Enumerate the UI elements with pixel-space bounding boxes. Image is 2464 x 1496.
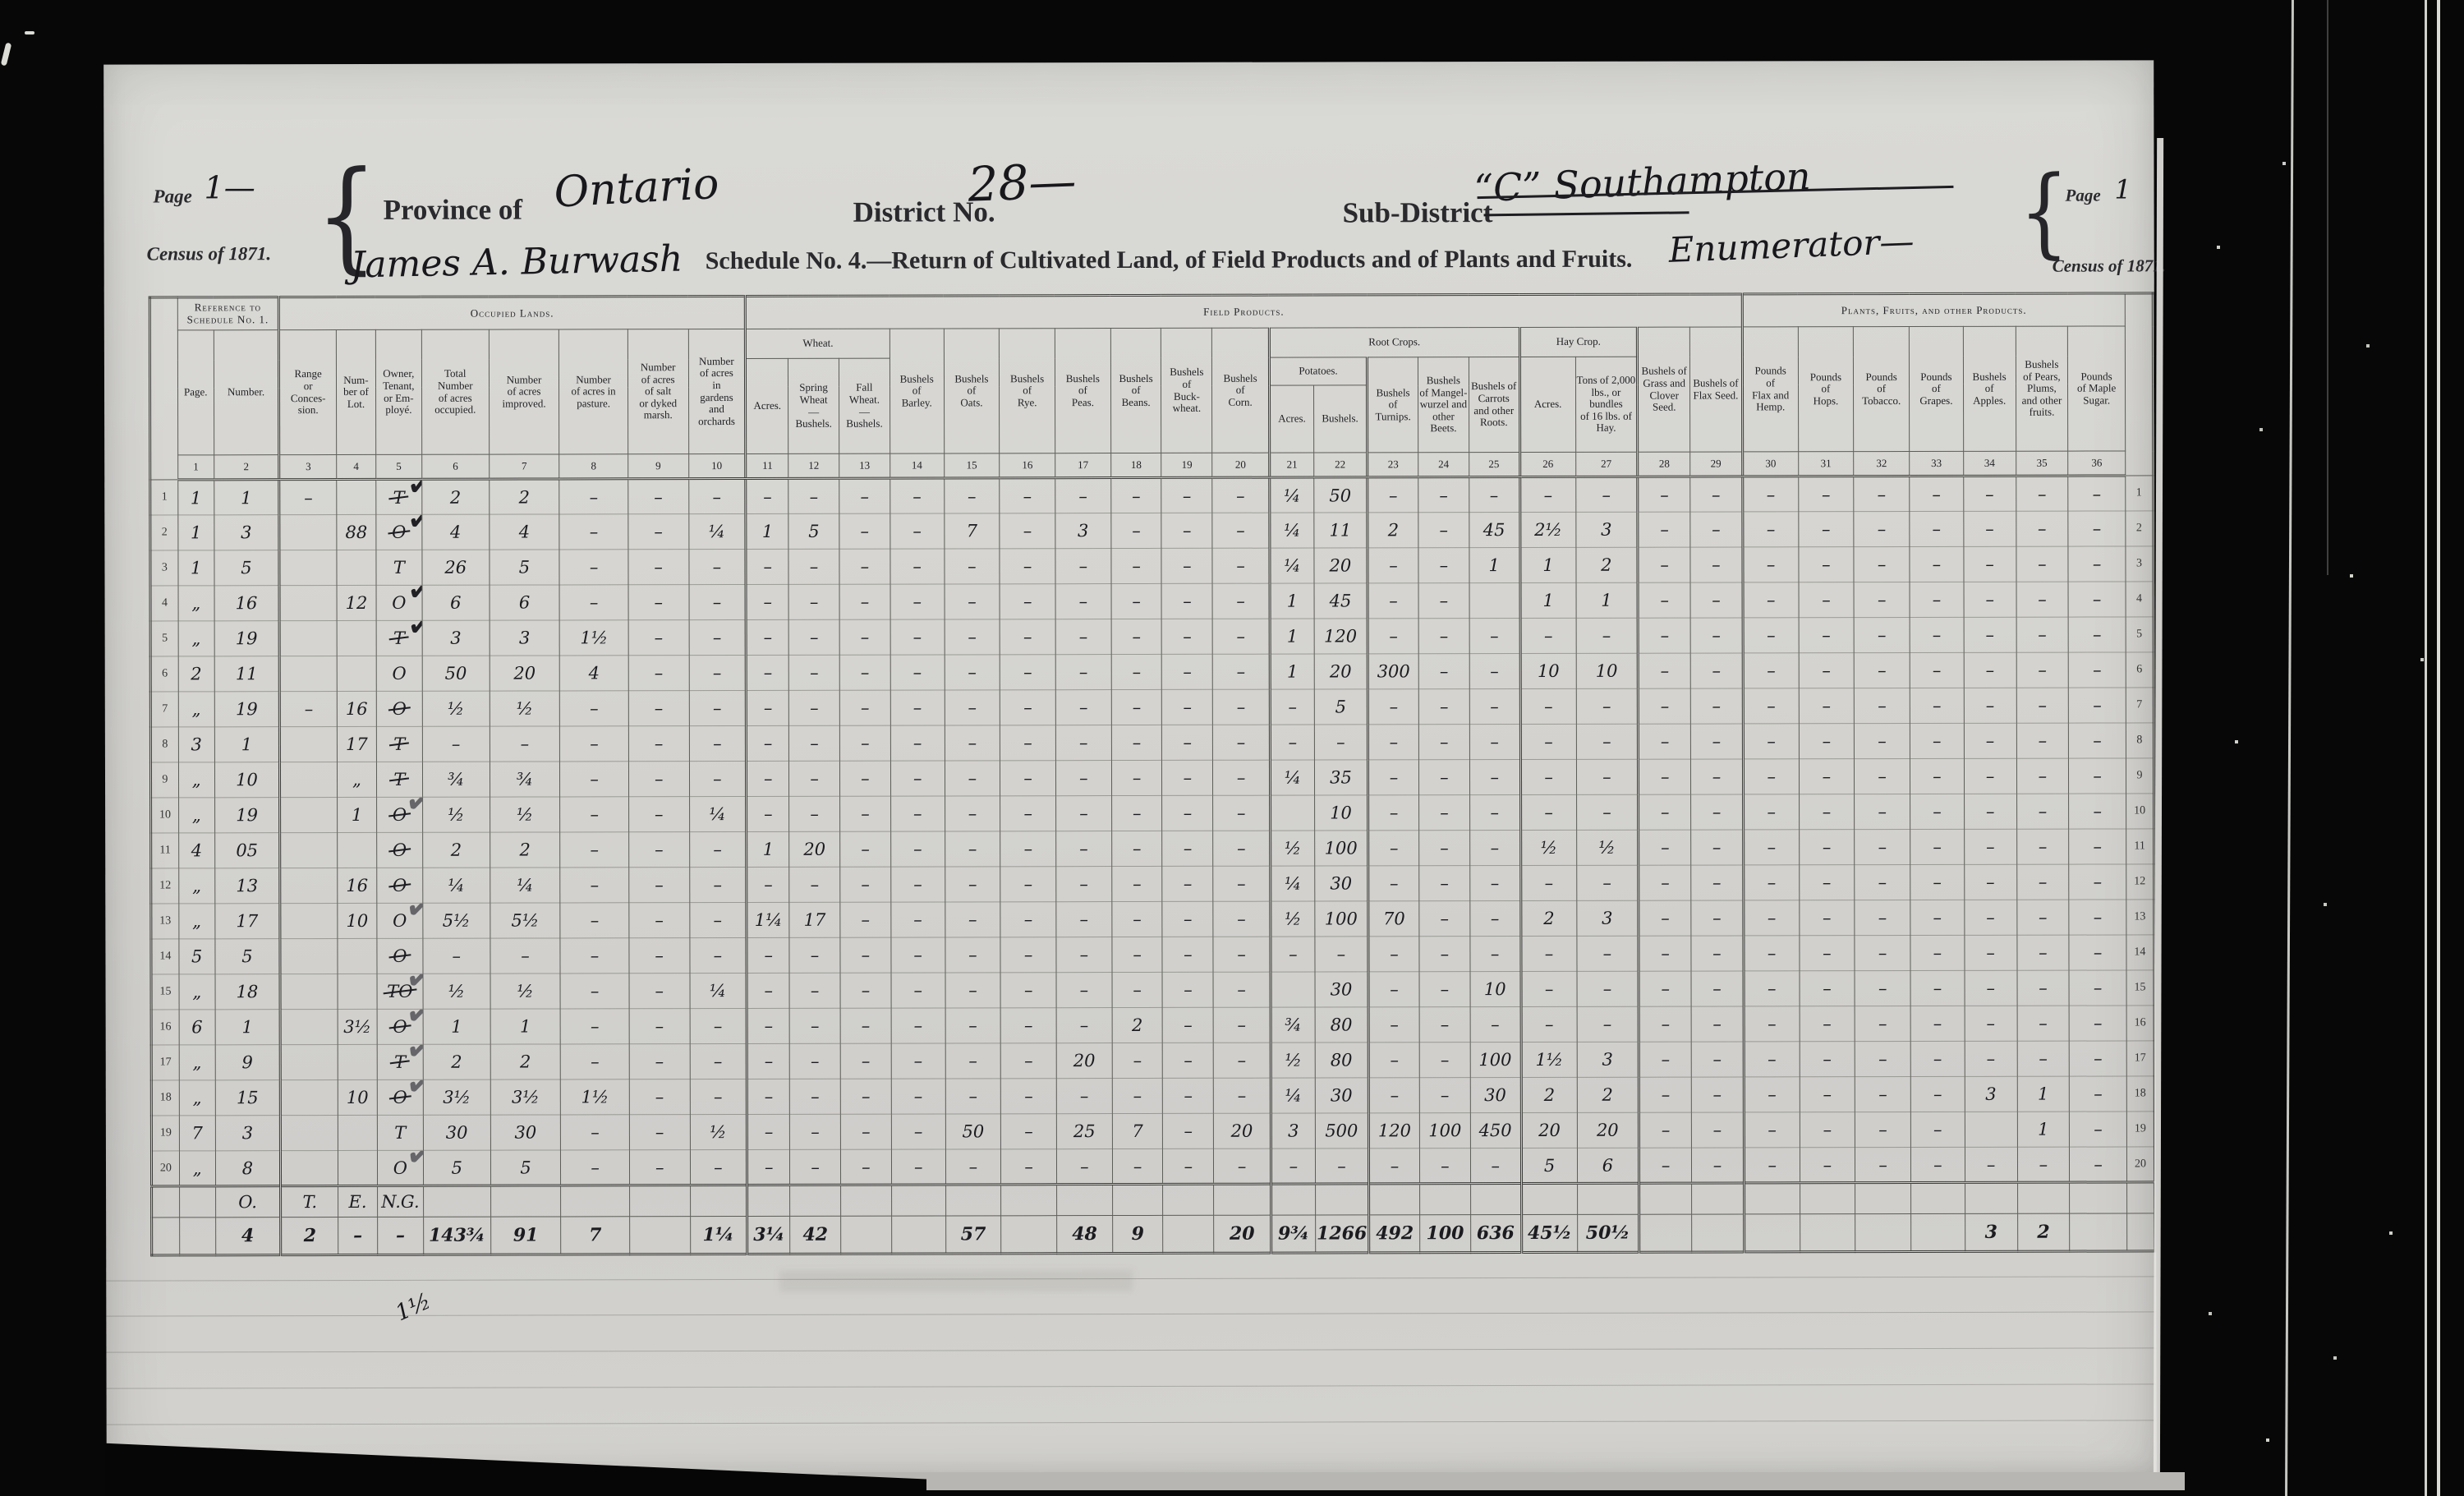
cell-c18: – [1111, 831, 1162, 866]
cell-c23: – [1368, 795, 1419, 831]
cell-c17: – [1056, 1079, 1112, 1114]
cell-c19: – [1162, 831, 1213, 866]
cell-c16: – [1000, 867, 1056, 902]
census-sheet: Page 1— Census of 1871. { Province of On… [103, 60, 2157, 1487]
cell-c8: – [560, 832, 629, 868]
cell-c23: – [1368, 477, 1418, 513]
cell-c17: – [1055, 549, 1111, 584]
cell-c29: – [1690, 512, 1743, 547]
cell-c34: – [1964, 546, 2016, 582]
cell-c1: „ [179, 1045, 215, 1080]
cell-c9: – [628, 550, 689, 585]
cell-c26: – [1520, 865, 1576, 900]
cell-c28: – [1638, 618, 1690, 653]
owner-letter: O [392, 522, 406, 542]
cell-c33: – [1910, 758, 1964, 794]
cell-c1: „ [179, 904, 215, 939]
cell-c27: – [1576, 759, 1639, 794]
cell-c33: – [1910, 723, 1964, 758]
cell-c2: 11 [214, 656, 280, 692]
cell-c15: – [945, 973, 1001, 1008]
cell-c35: – [2016, 864, 2069, 900]
under-page-bottom [838, 1472, 2185, 1490]
cell-c12: – [788, 584, 839, 619]
cell-c25: – [1469, 795, 1520, 831]
cell-c9: – [628, 797, 689, 832]
tally-label-c14 [891, 1185, 945, 1216]
column-header: TotalNumberof acresoccupied. [421, 329, 489, 454]
cell-c16: – [1000, 549, 1055, 584]
cell-c14: – [891, 1043, 945, 1079]
column-number: 16 [1000, 453, 1055, 478]
cell-c8: – [560, 797, 629, 832]
cell-c25: – [1469, 725, 1520, 760]
owner-letter: O [393, 1088, 407, 1107]
cell-c6: 50 [422, 656, 490, 691]
cell-c8: 4 [560, 656, 629, 691]
cell-c16: – [1000, 796, 1056, 831]
cell-c1: 1 [178, 515, 214, 550]
cell-c26: 20 [1521, 1112, 1577, 1148]
row-number-right: 10 [2126, 794, 2154, 829]
cell-c17: – [1055, 761, 1111, 796]
cell-c22: – [1315, 1148, 1368, 1184]
column-header: BushelsofApples. [1963, 326, 2016, 451]
totals-c21: 9¾ [1271, 1215, 1316, 1253]
row-number-left: 5 [150, 621, 178, 656]
cell-c21 [1271, 795, 1315, 831]
row-number-left: 4 [150, 586, 178, 621]
cell-c27: – [1576, 794, 1639, 830]
cell-c17: – [1055, 690, 1111, 725]
group-header: Reference to Schedule No. 1. [177, 297, 279, 330]
cell-c25: 100 [1470, 1043, 1521, 1078]
cell-c16: – [1000, 584, 1055, 619]
column-number: 26 [1519, 452, 1575, 476]
cell-c18: – [1111, 866, 1162, 901]
cell-c8: – [560, 1044, 629, 1079]
totals-c22: 1266 [1315, 1215, 1368, 1253]
cell-c32: – [1854, 582, 1910, 618]
cell-c10: ¼ [688, 513, 746, 549]
cell-c11: – [746, 619, 788, 655]
tally-label: O.T.E.N.G. [152, 1182, 2155, 1218]
cell-c11: – [747, 973, 789, 1008]
cell-c6: ½ [422, 691, 490, 726]
column-header: SpringWheat—Bushels. [788, 358, 839, 453]
cell-c7: ¼ [490, 868, 560, 903]
cell-c35: – [2016, 723, 2069, 758]
cell-c9: – [628, 514, 689, 550]
cell-c18: – [1111, 583, 1162, 619]
cell-c14: – [891, 1149, 945, 1185]
cell-c34: – [1963, 476, 2016, 511]
tally-label-c33 [1911, 1182, 1965, 1213]
cell-c22: 11 [1314, 513, 1368, 548]
column-header: Acres. [746, 358, 788, 453]
cell-c31: – [1798, 512, 1854, 547]
tally-label-c19 [1163, 1184, 1214, 1215]
cell-c14: – [890, 796, 945, 831]
cell-c30: – [1743, 653, 1799, 688]
column-number: 19 [1161, 453, 1212, 477]
cell-c20: – [1212, 619, 1270, 654]
cell-c31: – [1799, 653, 1855, 688]
cell-c20: – [1213, 795, 1271, 831]
cell-c4 [337, 479, 376, 514]
column-number: 23 [1368, 453, 1418, 477]
cell-c7: 5 [490, 550, 560, 585]
cell-c3: – [279, 480, 337, 515]
totals-c3: 2 [281, 1218, 338, 1255]
cell-c30: – [1744, 1148, 1800, 1183]
cell-c12: – [788, 690, 839, 725]
film-scratch [2285, 0, 2294, 1496]
cell-c23: – [1368, 972, 1419, 1007]
cell-c28: – [1638, 547, 1690, 582]
cell-c20: – [1213, 689, 1271, 725]
cell-c18: – [1112, 972, 1163, 1007]
cell-c27: 6 [1577, 1148, 1639, 1183]
cell-c21: – [1270, 689, 1314, 725]
cell-c4 [337, 620, 376, 656]
cell-c22: – [1315, 937, 1368, 972]
cell-c3 [280, 1045, 338, 1080]
cell-c2: 5 [215, 939, 281, 974]
cell-c23: – [1368, 583, 1418, 619]
cell-c17: – [1055, 584, 1111, 619]
owner-letter: T [393, 628, 405, 648]
cell-c24: – [1418, 725, 1469, 760]
cell-c20: – [1212, 513, 1270, 548]
row-number-left: 18 [151, 1080, 179, 1116]
cell-c22: 100 [1314, 831, 1368, 866]
cell-c1: „ [178, 762, 214, 798]
cell-c23: – [1368, 831, 1419, 866]
cell-c24: – [1418, 795, 1469, 831]
cell-c32: – [1855, 936, 1910, 971]
cell-c22: 30 [1315, 1078, 1368, 1113]
cell-c22: 35 [1314, 760, 1368, 795]
page-value-right: 1 [2114, 173, 2131, 205]
cell-c30: – [1743, 547, 1799, 582]
cell-c22: 50 [1314, 477, 1368, 513]
column-header: Bushelsof Mangel-wurzel andotherBeets. [1418, 357, 1469, 453]
cell-c13: – [839, 761, 890, 796]
column-number: 17 [1055, 453, 1111, 478]
tally-label-c32 [1855, 1183, 1911, 1214]
cell-c16: – [1000, 1008, 1056, 1043]
cell-c21: ½ [1271, 901, 1315, 937]
cell-c2: 19 [214, 692, 280, 727]
cell-c27: 2 [1575, 547, 1638, 582]
cell-c33: – [1910, 511, 1964, 546]
cell-c14: – [890, 761, 945, 796]
cell-c5: O [377, 938, 423, 974]
cell-c23: – [1368, 1043, 1419, 1078]
cell-c32: – [1855, 759, 1910, 794]
cell-c31: – [1799, 794, 1855, 830]
cell-c8: – [560, 691, 629, 726]
cell-c22: 30 [1315, 866, 1368, 901]
cell-c21: 1 [1270, 619, 1314, 654]
cell-c17: – [1056, 1149, 1112, 1185]
cell-c27: – [1575, 476, 1638, 512]
cell-c36: – [2068, 617, 2126, 652]
cell-c14: – [891, 937, 945, 973]
cell-c15: – [945, 761, 1000, 796]
cell-c16: – [1000, 937, 1056, 973]
cell-c6: ¾ [422, 762, 490, 797]
cell-c16: – [1001, 1079, 1057, 1114]
cell-c17: 25 [1056, 1114, 1112, 1149]
cell-c30: – [1743, 618, 1799, 653]
cell-c34: 3 [1965, 1076, 2017, 1112]
cell-c10: – [690, 1043, 747, 1079]
cell-c35: – [2016, 794, 2069, 829]
cell-c23: – [1368, 1007, 1419, 1043]
owner-letter: O [393, 911, 407, 931]
cell-c32: – [1855, 1042, 1910, 1077]
cell-c14: – [890, 478, 945, 513]
column-header: BushelsofPeas. [1055, 329, 1110, 453]
cell-c5: O [377, 832, 423, 868]
tally-label-c21 [1271, 1184, 1316, 1215]
cell-c25: – [1469, 477, 1520, 513]
cell-c6: 2 [423, 1044, 490, 1079]
column-number: 9 [628, 454, 689, 479]
cell-c35: – [2016, 900, 2069, 935]
cell-c30: – [1743, 794, 1799, 830]
subgroup-header: Wheat. [746, 329, 890, 358]
cell-c12: – [789, 1008, 840, 1043]
cell-c24: – [1419, 901, 1470, 937]
ink-smudge [779, 1270, 1133, 1292]
cell-c24: – [1418, 654, 1469, 689]
tally-label-c34 [1965, 1182, 2017, 1213]
census-label-right: Census of 1871. [2053, 255, 2166, 276]
cell-c35: – [2016, 652, 2069, 688]
cell-c7: 30 [490, 1115, 561, 1150]
cell-c30: – [1744, 865, 1800, 900]
cell-c11: 1 [747, 831, 789, 867]
tally-label-c24 [1419, 1184, 1470, 1215]
tally-label-c13 [841, 1185, 892, 1216]
cell-c35: – [2016, 935, 2069, 970]
cell-c36: – [2070, 1076, 2127, 1112]
enumerator-signature: James A. Burwash [350, 238, 683, 287]
cell-c12: – [790, 1149, 841, 1185]
ruled-line [106, 1347, 2156, 1352]
cell-c29: – [1690, 547, 1743, 582]
cell-c32: – [1855, 830, 1910, 865]
cell-c18: – [1111, 760, 1162, 795]
cell-c12: – [788, 655, 839, 690]
cell-c30: – [1743, 759, 1799, 794]
cell-c14: – [891, 1079, 945, 1114]
cell-c31: – [1800, 1006, 1855, 1042]
cell-c24: – [1418, 689, 1469, 725]
cell-c34: – [1964, 723, 2016, 758]
cell-c14: – [891, 867, 945, 902]
totals: 42––143¾9171¼3¼4257489209¾12664921006364… [152, 1213, 2155, 1255]
cell-c36: – [2069, 1006, 2126, 1041]
cell-c30: – [1743, 688, 1799, 724]
totals-c34: 3 [1965, 1213, 2017, 1251]
cell-c2: 5 [214, 550, 280, 586]
column-number: 21 [1270, 453, 1314, 477]
cell-c32: – [1855, 724, 1910, 759]
column-header: PoundsofHops. [1798, 327, 1854, 452]
tally-label-c30 [1744, 1183, 1800, 1214]
cell-c15: – [945, 1008, 1001, 1043]
district-value: 28— [967, 153, 1077, 213]
totals-c4: – [338, 1217, 378, 1254]
census-label-left: Census of 1871. [147, 243, 272, 265]
totals-c2: 4 [215, 1218, 281, 1255]
row-number-right: 17 [2126, 1041, 2154, 1076]
tally-label-c35 [2017, 1182, 2070, 1213]
cell-c20: – [1213, 972, 1271, 1007]
tally-label-c3: T. [281, 1186, 338, 1218]
cell-c1: 4 [178, 833, 214, 868]
cell-c32: – [1854, 512, 1910, 547]
row-number-right: 9 [2126, 758, 2154, 794]
column-header: BushelsofOats. [944, 329, 1000, 453]
cell-c8: – [560, 938, 629, 974]
cell-c12: – [788, 549, 839, 584]
cell-c2: 1 [214, 727, 280, 762]
cell-c5: O✓ [377, 1079, 423, 1115]
column-header: Bushels ofFlax Seed. [1689, 327, 1742, 452]
cell-c5: O✓ [377, 1009, 423, 1044]
cell-c19: – [1161, 548, 1212, 583]
cell-c21: ¼ [1270, 513, 1314, 548]
cell-c26: 1 [1520, 582, 1576, 618]
cell-c28: – [1638, 476, 1690, 512]
cell-c5: O✓ [376, 585, 422, 620]
row-number-header-right [2125, 293, 2154, 476]
column-header: BushelsofBeans. [1110, 328, 1161, 453]
column-header: BushelsofBarley. [890, 329, 944, 453]
cell-c2: 3 [214, 515, 279, 550]
cell-c18: – [1111, 725, 1162, 760]
cell-c5: O [377, 868, 423, 903]
cell-c32: – [1855, 865, 1910, 900]
column-number: 13 [839, 453, 890, 478]
cell-c18: – [1111, 654, 1162, 689]
cell-c35: – [2017, 1006, 2070, 1041]
cell-c19: – [1162, 760, 1213, 795]
film-specks [0, 0, 2, 2]
row-number-right: 11 [2126, 829, 2154, 864]
cell-c15: – [945, 902, 1000, 937]
owner-letter: T [393, 770, 405, 789]
cell-c1: „ [178, 692, 214, 727]
page-value-left: 1— [204, 169, 255, 205]
cell-c31: – [1798, 476, 1854, 512]
row-number-right: 15 [2126, 970, 2154, 1006]
tally-label-c7 [490, 1185, 561, 1217]
cell-c9: – [629, 938, 690, 974]
cell-c4: 16 [338, 868, 377, 903]
cell-c8: 1½ [559, 620, 628, 656]
cell-c26: – [1521, 971, 1577, 1006]
totals-c9 [629, 1217, 690, 1254]
cell-c3 [279, 550, 337, 586]
cell-c36: – [2070, 1112, 2127, 1147]
cell-c24: – [1419, 972, 1470, 1007]
cell-c20: 20 [1214, 1113, 1271, 1148]
cell-c5: T✓ [376, 620, 422, 656]
cell-c23: – [1368, 548, 1418, 583]
cell-c23: – [1368, 937, 1419, 972]
cell-c7: 4 [490, 514, 560, 550]
cell-c21: – [1271, 1148, 1315, 1184]
cell-c27: 10 [1576, 653, 1639, 688]
cell-c28: – [1639, 1112, 1692, 1148]
cell-c31: – [1800, 1042, 1855, 1077]
cell-c31: – [1799, 582, 1855, 618]
cell-c33: – [1910, 829, 1965, 864]
row-number-left: 8 [150, 727, 178, 762]
cell-c20: – [1213, 831, 1271, 866]
table-row: 4„1612O✓66–––––––––––––145––11–––––––––4 [150, 582, 2154, 621]
cell-c24: – [1419, 937, 1470, 972]
cell-c12: – [788, 619, 839, 655]
cell-c4: 88 [337, 514, 376, 550]
cell-c27: 3 [1575, 512, 1638, 547]
cell-c32: – [1855, 900, 1910, 936]
group-header: Occupied Lands. [279, 296, 746, 329]
totals-c6: 143¾ [423, 1217, 490, 1254]
cell-c4: 1 [338, 797, 377, 832]
cell-c15: – [945, 867, 1000, 902]
cell-c11: – [747, 937, 789, 973]
cell-c24: – [1419, 1043, 1470, 1078]
table-row: 10„191O✓½½––¼––––––––––10––––––––––––––1… [151, 794, 2154, 833]
owner-letter: T [394, 1052, 406, 1072]
cell-c15: – [944, 549, 1000, 584]
cell-c24: – [1419, 831, 1470, 866]
cell-c13: – [840, 937, 891, 973]
cell-c27: – [1577, 1006, 1639, 1042]
cell-c3 [280, 974, 338, 1010]
cell-c22: 100 [1315, 901, 1368, 937]
row-number-left: 7 [150, 692, 178, 727]
schedule-title: Schedule No. 4.—Return of Cultivated Lan… [706, 246, 1633, 275]
owner-letter: T [394, 1123, 406, 1143]
cell-c5: T✓ [376, 479, 422, 514]
cell-c30: – [1744, 1042, 1800, 1077]
cell-c25: – [1470, 1148, 1521, 1184]
cell-c33: – [1910, 476, 1964, 511]
cell-c10: ¼ [690, 973, 747, 1008]
cell-c36: – [2068, 546, 2126, 582]
cell-c10: – [689, 761, 747, 796]
cell-c22: 500 [1315, 1113, 1368, 1148]
cell-c32: – [1855, 794, 1910, 830]
cell-c20: – [1213, 1007, 1271, 1043]
cell-c4: 3½ [338, 1009, 377, 1044]
totals-c17: 48 [1057, 1216, 1113, 1254]
cell-c26: – [1520, 688, 1576, 724]
cell-c8: – [559, 514, 628, 550]
cell-c7: – [490, 938, 561, 974]
cell-c9: – [629, 832, 690, 868]
cell-c22: 10 [1314, 795, 1368, 831]
cell-c21: ¼ [1270, 760, 1314, 795]
